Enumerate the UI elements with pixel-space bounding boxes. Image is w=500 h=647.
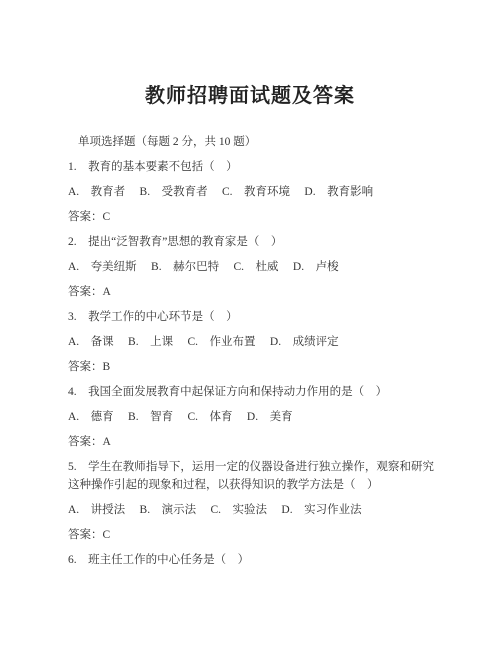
question-block: 4. 我国全面发展教育中起保证方向和保持动力作用的是（ ） A. 德育 B. 智… xyxy=(68,383,434,451)
question-options: A. 备课 B. 上课 C. 作业布置 D. 成绩评定 xyxy=(68,333,434,351)
question-options: A. 讲授法 B. 演示法 C. 实验法 D. 实习作业法 xyxy=(68,501,434,519)
section-header: 单项选择题（每题 2 分，共 10 题） xyxy=(68,133,434,151)
question-block: 1. 教育的基本要素不包括（ ） A. 教育者 B. 受教育者 C. 教育环境 … xyxy=(68,158,434,226)
question-options: A. 德育 B. 智育 C. 体育 D. 美育 xyxy=(68,408,434,426)
question-answer: 答案：C xyxy=(68,526,434,544)
question-answer: 答案：C xyxy=(68,208,434,226)
question-block: 5. 学生在教师指导下，运用一定的仪器设备进行独立操作，观察和研究这种操作引起的… xyxy=(68,458,434,544)
document-body: 单项选择题（每题 2 分，共 10 题） 1. 教育的基本要素不包括（ ） A.… xyxy=(0,133,500,569)
question-answer: 答案：A xyxy=(68,283,434,301)
question-stem: 5. 学生在教师指导下，运用一定的仪器设备进行独立操作，观察和研究这种操作引起的… xyxy=(68,458,434,494)
document-title: 教师招聘面试题及答案 xyxy=(0,0,500,108)
question-stem: 2. 提出“泛智教育”思想的教育家是（ ） xyxy=(68,233,434,251)
question-stem: 1. 教育的基本要素不包括（ ） xyxy=(68,158,434,176)
question-options: A. 教育者 B. 受教育者 C. 教育环境 D. 教育影响 xyxy=(68,183,434,201)
document-page: 教师招聘面试题及答案 单项选择题（每题 2 分，共 10 题） 1. 教育的基本… xyxy=(0,0,500,647)
question-stem: 6. 班主任工作的中心任务是（ ） xyxy=(68,551,434,569)
question-answer: 答案：A xyxy=(68,433,434,451)
question-options: A. 夸美纽斯 B. 赫尔巴特 C. 杜威 D. 卢梭 xyxy=(68,258,434,276)
question-block: 2. 提出“泛智教育”思想的教育家是（ ） A. 夸美纽斯 B. 赫尔巴特 C.… xyxy=(68,233,434,301)
question-block: 6. 班主任工作的中心任务是（ ） xyxy=(68,551,434,569)
question-stem: 3. 教学工作的中心环节是（ ） xyxy=(68,308,434,326)
question-answer: 答案：B xyxy=(68,358,434,376)
question-stem: 4. 我国全面发展教育中起保证方向和保持动力作用的是（ ） xyxy=(68,383,434,401)
question-block: 3. 教学工作的中心环节是（ ） A. 备课 B. 上课 C. 作业布置 D. … xyxy=(68,308,434,376)
